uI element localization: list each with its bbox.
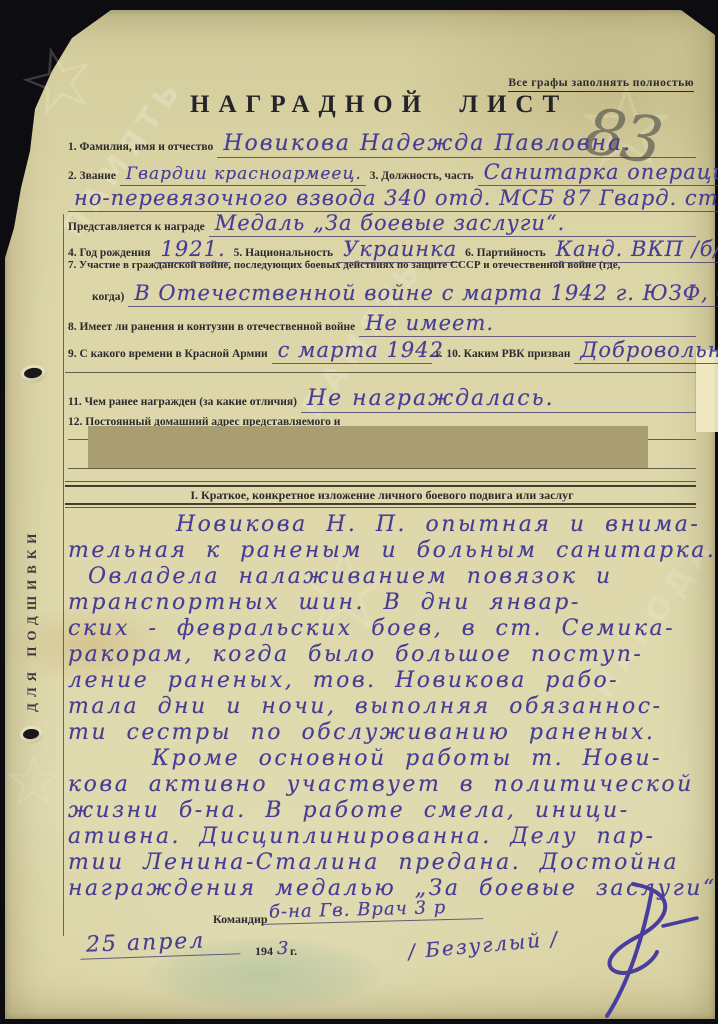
- field-war-value: В Отечественной войне с марта 1942 г. ЮЗ…: [128, 281, 718, 307]
- field-drafted-value: Добровольно: [574, 338, 718, 364]
- field-award-value: Медаль „За боевые заслуги“.: [209, 211, 696, 237]
- field-service-label: 9. С какого времени в Красной Армии: [68, 348, 268, 360]
- date-day-month: 25 апрел: [80, 927, 241, 960]
- citation-line: кова активно участвует в политической: [68, 772, 702, 798]
- field-rank-position: 2. Звание Гвардии красноармеец. 3. Должн…: [68, 160, 696, 186]
- field-award-label: Представляется к награде: [68, 221, 205, 233]
- section-top-rule: [65, 485, 696, 487]
- field-war-label2: когда): [92, 291, 124, 303]
- field-position-value: Санитарка операцион-: [478, 160, 718, 186]
- citation-line: ракорам, когда было большое поступ-: [68, 642, 702, 668]
- signature-flourish: [555, 872, 715, 1022]
- ruled-line: [68, 468, 696, 469]
- field-war-label1: 7. Участие в гражданской войне, последую…: [68, 259, 620, 271]
- citation-line: Новикова Н. П. опытная и внима-: [68, 512, 702, 538]
- date-year-printed: 194: [255, 944, 273, 959]
- margin-vertical-text: ДЛЯ ПОДШИВКИ: [24, 372, 40, 712]
- field-previous-awards: 11. Чем ранее награжден (за какие отличи…: [68, 386, 696, 413]
- field-service-value: с марта 1942: [272, 338, 432, 364]
- field-wounds: 8. Имеет ли ранения и контузии в отечест…: [68, 311, 696, 337]
- field-birth-year-label: 4. Год рождения: [68, 247, 151, 259]
- citation-line: Овладела налаживанием повязок и: [68, 564, 702, 590]
- citation-line: Кроме основной работы т. Нови-: [68, 746, 702, 772]
- section-bottom-rule: [65, 503, 696, 505]
- field-name-label: 1. Фамилия, имя и отчество: [68, 141, 213, 153]
- field-wounds-label: 8. Имеет ли ранения и контузии в отечест…: [68, 321, 355, 333]
- commander-label: Командир: [213, 912, 268, 927]
- field-position-cont: но-перевязочного взвода 340 отд. МСБ 87 …: [68, 186, 696, 212]
- date-year-suffix: г.: [290, 944, 297, 959]
- field-drafted-label: 10. Каким РВК призван: [446, 348, 570, 360]
- scanned-award-document: ☆ ☆ ☆ ☆ ПАМЯТЬ ПАМЯТЬ НАРОДА ДЛЯ ПОДШИВК…: [0, 0, 718, 1024]
- field-award: Представляется к награде Медаль „За боев…: [68, 211, 696, 237]
- citation-line: ских - февральских боев, в ст. Семика-: [68, 616, 702, 642]
- citation-line: ление раненых, тов. Новикова рабо-: [68, 668, 702, 694]
- margin-rule: [63, 214, 64, 936]
- citation-line: жизни б-на. В работе смела, иници-: [68, 798, 702, 824]
- field-party-label: 6. Партийность: [465, 247, 546, 259]
- citation-line: ативна. Дисциплинированна. Делу пар-: [68, 824, 702, 850]
- field-rank-value: Гвардии красноармеец.: [120, 164, 366, 186]
- field-prev-awards-value: Не награждалась.: [301, 386, 696, 413]
- section-header: I. Краткое, конкретное изложение личного…: [68, 488, 696, 503]
- date-year-digit: 3: [277, 938, 289, 959]
- citation-text: Новикова Н. П. опытная и внима- тельная …: [68, 512, 702, 902]
- field-service-drafted: 9. С какого времени в Красной Армии с ма…: [68, 338, 696, 364]
- citation-line: транспортных шин. В дни январ-: [68, 590, 702, 616]
- section-bottom-rule2: [65, 507, 696, 508]
- field-name-value: Новикова Надежда Павловна.: [217, 131, 696, 158]
- citation-line: тала дни и ночи, выполняя обязаннос-: [68, 694, 702, 720]
- field-prev-awards-label: 11. Чем ранее награжден (за какие отличи…: [68, 396, 297, 408]
- redaction-box: [88, 426, 648, 468]
- field-war-participation: 7. Участие в гражданской войне, последую…: [68, 259, 696, 271]
- field-position-value-cont: но-перевязочного взвода 340 отд. МСБ 87 …: [68, 186, 718, 212]
- field-war-participation-2: когда) В Отечественной войне с марта 194…: [92, 281, 696, 307]
- divider-rule: [65, 372, 696, 373]
- field-rank-label: 2. Звание: [68, 170, 116, 182]
- ruled-line: [65, 481, 696, 482]
- field-wounds-value: Не имеет.: [359, 311, 696, 337]
- fill-all-fields-note: Все графы заполнять полностью: [508, 77, 694, 92]
- citation-line: ти сестры по обслуживанию раненых.: [68, 720, 702, 746]
- citation-line: тельная к раненым и больным санитарка.: [68, 538, 702, 564]
- field-service-suffix: г.: [436, 348, 443, 360]
- page-title: НАГРАДНОЙ ЛИСТ: [190, 91, 550, 119]
- field-name: 1. Фамилия, имя и отчество Новикова Наде…: [68, 131, 696, 158]
- field-nationality-label: 5. Национальность: [234, 247, 333, 259]
- field-position-label: 3. Должность, часть: [370, 170, 474, 182]
